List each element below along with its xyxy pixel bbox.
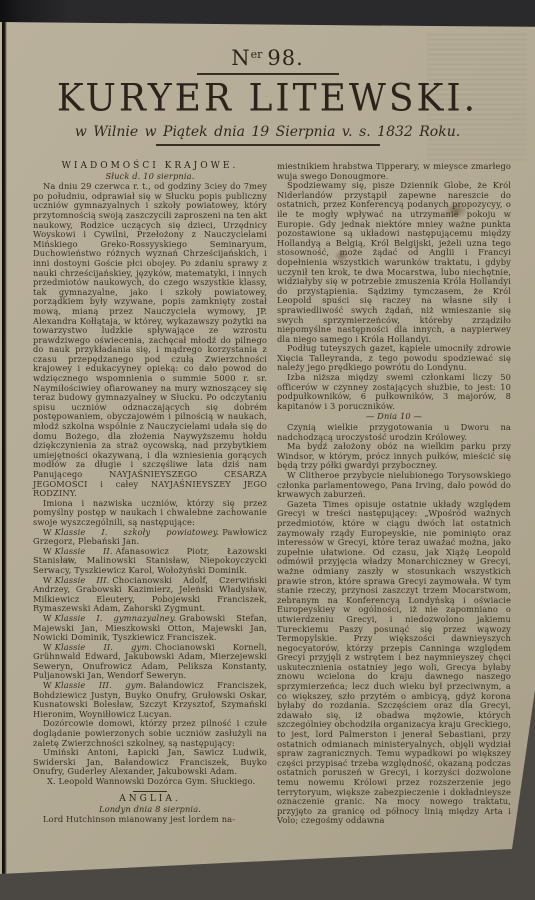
- news-paragraph: Ma bydź założony obóz na wielkim parku p…: [277, 442, 511, 471]
- masthead-rule-bottom: [156, 144, 380, 146]
- class-list-entry: WKlassie III.Chocianowski Adolf, Czerwiń…: [33, 576, 267, 614]
- masthead-dateline: w Wilnie w Piątek dnia 19 Sierpnia v. s.…: [0, 124, 535, 140]
- anglia-paragraph: Lord Hutchinson mianowany jest lordem na…: [33, 815, 267, 825]
- left-column: WIADOMOŚCI KRAJOWE. Słuck d. 10 sierpnia…: [33, 162, 267, 826]
- news-paragraph: Gazeta Times opisuje ostatnie układy wzg…: [277, 500, 511, 826]
- class-list-entry: WKlassie I. szkoły powiatowey.Pawłowicz …: [33, 528, 267, 547]
- entry-prefix: W: [43, 613, 52, 623]
- entry-prefix: W: [43, 575, 52, 585]
- class-list-entry: WKlassie II. gym.Chocianowski Korneli, G…: [33, 643, 267, 681]
- masthead: Ner98. KURYER LITEWSKI. w Wilnie w Piąte…: [0, 46, 535, 146]
- entry-label: Klassie I. szkoły powiatowey.: [55, 527, 220, 537]
- body-paragraph: Na dniu 29 czerwca r. t., od godziny 3ci…: [33, 182, 267, 499]
- entry-prefix: W: [43, 680, 52, 690]
- newspaper-page: Ner98. KURYER LITEWSKI. w Wilnie w Piąte…: [0, 0, 535, 900]
- section-divider: [133, 791, 167, 793]
- class-list-entry: WKlassie III. gym.Bałandowicz Franciszek…: [33, 681, 267, 719]
- entry-prefix: W: [43, 546, 52, 556]
- class-list-entry: WKlassie I. gymnazyalney.Grabowski Stefa…: [33, 614, 267, 643]
- news-paragraph: Podług tuteyszych gazet, kąpiele umocnił…: [277, 344, 511, 373]
- scanner-top-band: [0, 0, 535, 26]
- signature-line: X. Leopold Wannowski Dozórca Gym. Słucki…: [33, 777, 267, 787]
- newspaper-scan: { "colors":{"paper":"#b5ac97","ink":"#33…: [0, 0, 535, 900]
- continuation-paragraph: miestnikiem hrabstwa Tipperary, w mieysc…: [277, 162, 511, 181]
- news-paragraph: Spodziewamy się, pisze Dziennik Globe, ż…: [277, 181, 511, 344]
- text-columns: WIADOMOŚCI KRAJOWE. Słuck d. 10 sierpnia…: [33, 162, 511, 826]
- news-paragraph: W Clitheroe przybycie nielubionego Torys…: [277, 471, 511, 500]
- binding-shadow: [2, 22, 7, 874]
- issue-letter: N: [231, 46, 250, 70]
- right-column: miestnikiem hrabstwa Tipperary, w mieysc…: [277, 162, 511, 826]
- caretakers-names: Umiński Antoni, Łapicki Jan, Sawicz Ludw…: [33, 748, 267, 777]
- entry-prefix: W: [43, 527, 52, 537]
- issue-digits: 98.: [267, 46, 303, 70]
- issue-superscript: er: [251, 48, 263, 61]
- dateline-londyn: Londyn dnia 8 sierpnia.: [33, 805, 267, 815]
- entry-label: Klassie I. gymnazyalney.: [55, 613, 177, 623]
- entry-label: Klassie III.: [55, 575, 110, 585]
- entry-prefix: W: [43, 642, 52, 652]
- newspaper-title: KURYER LITEWSKI.: [0, 77, 535, 120]
- issue-number: Ner98.: [0, 46, 535, 70]
- caretakers-paragraph: Dozórcowie domowi, którzy przez pilność …: [33, 719, 267, 748]
- masthead-rule-top: [197, 73, 339, 75]
- body-paragraph: Imiona i nazwiska uczniów, którzy się pr…: [33, 499, 267, 528]
- news-paragraph: Izba niższa między swemi członkami liczy…: [277, 373, 511, 411]
- day-subheading: — Dnia 10 —: [277, 412, 511, 422]
- entry-label: Klassie II. gym.: [55, 642, 152, 652]
- entry-label: Klassie II.: [55, 546, 113, 556]
- entry-label: Klassie III. gym.: [55, 680, 147, 690]
- class-list-entry: WKlassie II.Afanasowicz Piotr, Łazowski …: [33, 547, 267, 576]
- dateline-sluck: Słuck d. 10 sierpnia.: [33, 172, 267, 182]
- news-paragraph: Czynią wielkie przygotowania u Dworu na …: [277, 423, 511, 442]
